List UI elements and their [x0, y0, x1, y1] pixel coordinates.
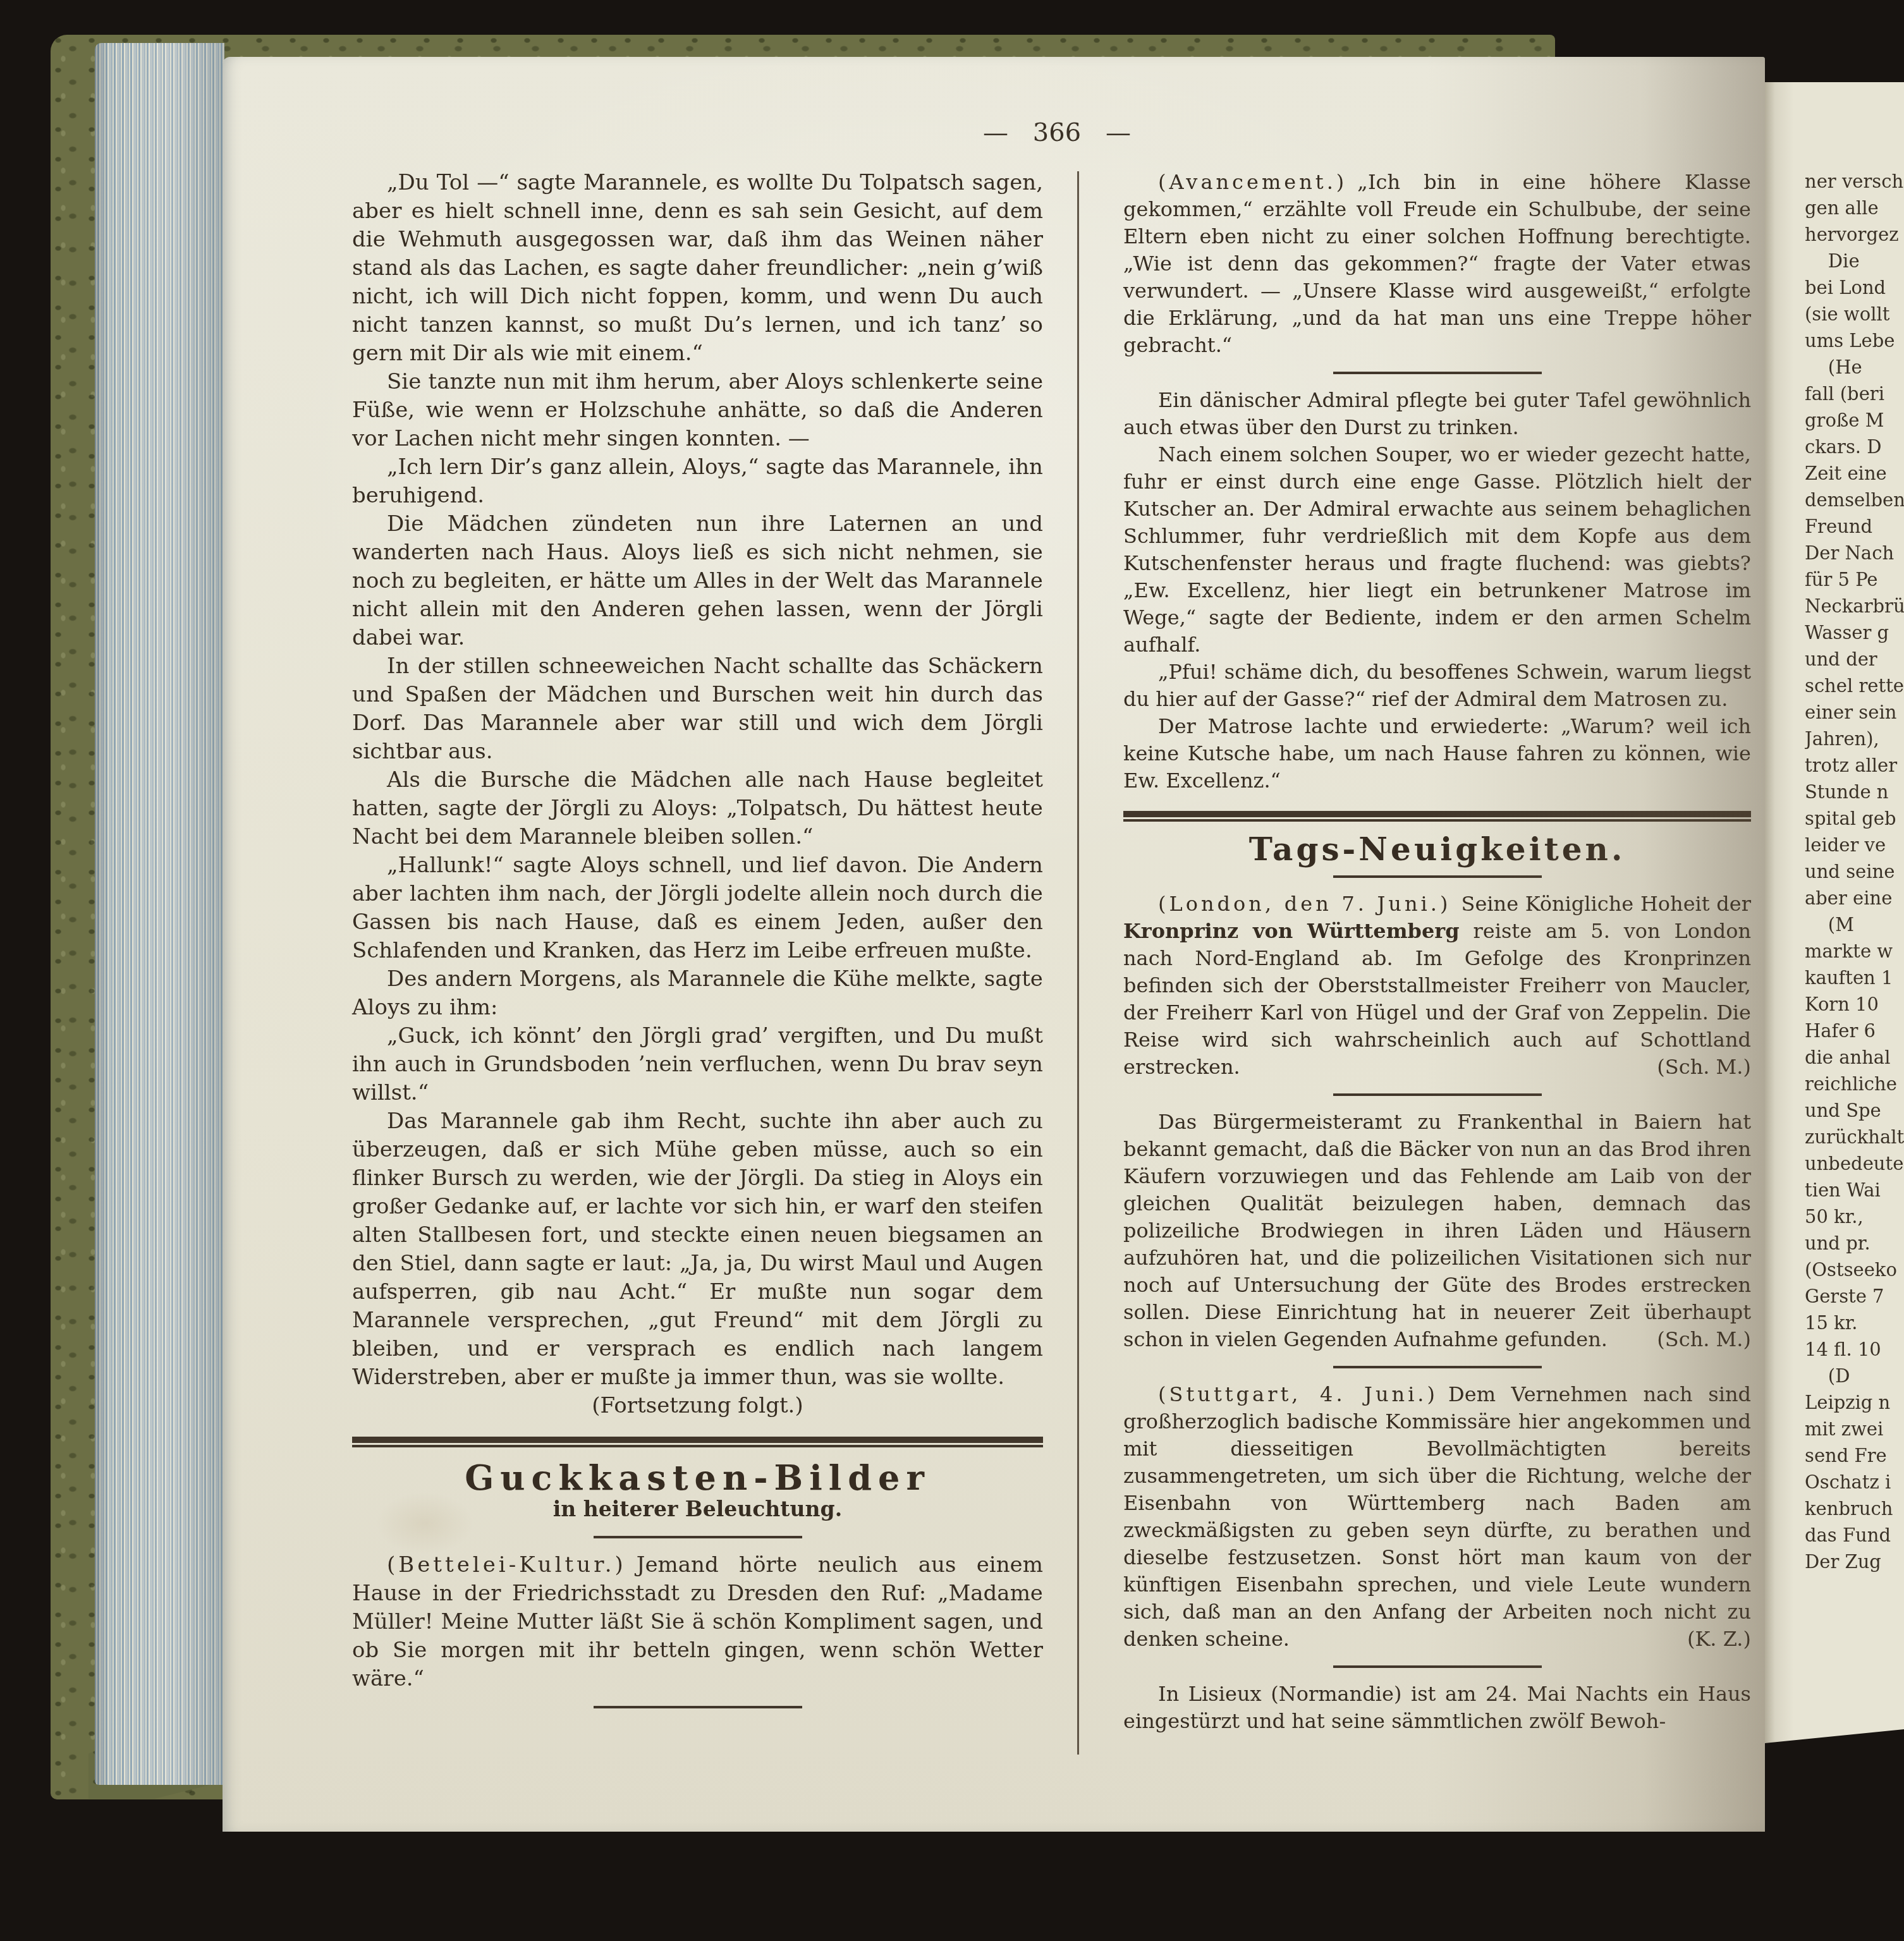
text-line: 50 kr., — [1805, 1203, 1904, 1230]
anecdote-paragraph: Der Matrose lachte und erwiederte: „Waru… — [1123, 713, 1751, 794]
anecdote-lead: (Avancement.) — [1158, 170, 1347, 194]
text-line: gen alle — [1805, 195, 1904, 221]
text-line: ckars. D — [1805, 434, 1904, 460]
text-line: Korn 10 — [1805, 991, 1904, 1018]
text-line: hervorgez — [1805, 221, 1904, 248]
text-line: (M — [1805, 911, 1904, 938]
text-line: (D — [1805, 1363, 1904, 1389]
text-line: (sie wollt — [1805, 301, 1904, 327]
text-line: spital geb — [1805, 805, 1904, 832]
anecdote-text: Ein dänischer Admiral pflegte bei guter … — [1123, 387, 1751, 794]
story-text: „Du Tol —“ sagte Marannele, es wollte Du… — [352, 169, 1043, 1392]
news-item-text: (London, den 7. Juni.)Seine Königliche H… — [1123, 891, 1751, 1081]
news-item: (London, den 7. Juni.)Seine Königliche H… — [1123, 891, 1751, 1096]
text-line: zurückhalt — [1805, 1124, 1904, 1150]
text-line: Die — [1805, 248, 1904, 274]
left-page: — 366 — „Du Tol —“ sagte Marannele, es w… — [223, 57, 1765, 1832]
news-item-attribution: (K. Z.) — [1652, 1626, 1751, 1653]
section-title: Guckkasten-Bilder — [352, 1464, 1043, 1492]
text-line: Wasser g — [1805, 619, 1904, 646]
page-number: — 366 — — [352, 118, 1762, 147]
story-paragraph: Des andern Morgens, als Marannele die Kü… — [352, 965, 1043, 1022]
anecdote-lead: (Bettelei-Kultur.) — [387, 1552, 626, 1578]
news-item-body: In Lisieux (Normandie) ist am 24. Mai Na… — [1123, 1682, 1751, 1733]
text-line: markte w — [1805, 938, 1904, 964]
separator-rule — [1333, 372, 1542, 374]
text-line: kenbruch — [1805, 1495, 1904, 1522]
right-page-text: ner verschgen allehervorgez Diebei Lond(… — [1805, 168, 1904, 1575]
story-paragraph: „Hallunk!“ sagte Aloys schnell, und lief… — [352, 851, 1043, 965]
story-paragraph: Das Marannele gab ihm Recht, suchte ihn … — [352, 1107, 1043, 1392]
text-line: 15 kr. — [1805, 1310, 1904, 1336]
news-item-text: In Lisieux (Normandie) ist am 24. Mai Na… — [1123, 1681, 1751, 1735]
news-item-text: (Stuttgart, 4. Juni.)Dem Vernehmen nach … — [1123, 1381, 1751, 1653]
text-line: aber eine — [1805, 885, 1904, 911]
anecdote-paragraph: „Pfui! schäme dich, du besoffenes Schwei… — [1123, 659, 1751, 713]
news-item-body: Seine Königliche Hoheit der — [1461, 892, 1751, 916]
text-line: Neckarbrü — [1805, 593, 1904, 619]
continuation-note: (Fortsetzung folgt.) — [352, 1392, 1043, 1420]
text-line: demselben — [1805, 487, 1904, 513]
text-line: mit zwei — [1805, 1416, 1904, 1442]
text-line: bei Lond — [1805, 274, 1904, 301]
text-line: trotz aller — [1805, 752, 1904, 779]
news-item: (Stuttgart, 4. Juni.)Dem Vernehmen nach … — [1123, 1381, 1751, 1668]
text-line: und pr. — [1805, 1230, 1904, 1256]
separator-rule — [594, 1706, 802, 1708]
text-line: tien Wai — [1805, 1177, 1904, 1203]
news-item-emphasis: Kronprinz von Württemberg — [1123, 919, 1460, 943]
text-line: und Spe — [1805, 1097, 1904, 1124]
anecdote-body: „Ich bin in eine höhere Klasse gekommen,… — [1123, 170, 1751, 357]
text-line: Jahren), — [1805, 726, 1904, 752]
text-area: — 366 — „Du Tol —“ sagte Marannele, es w… — [352, 111, 1762, 1830]
text-line: Oschatz i — [1805, 1469, 1904, 1495]
right-page: ner verschgen allehervorgez Diebei Lond(… — [1765, 82, 1904, 1743]
news-section-title: Tags-Neuigkeiten. — [1123, 836, 1751, 863]
text-line: 14 fl. 10 — [1805, 1336, 1904, 1363]
story-paragraph: „Guck, ich könnt’ den Jörgli grad’ vergi… — [352, 1022, 1043, 1107]
separator-rule — [1333, 875, 1542, 878]
story-paragraph: „Ich lern Dir’s ganz allein, Aloys,“ sag… — [352, 453, 1043, 510]
double-rule — [1123, 811, 1751, 822]
text-line: Gerste 7 — [1805, 1283, 1904, 1310]
text-line: reichliche — [1805, 1071, 1904, 1097]
separator-rule — [1333, 1665, 1542, 1668]
text-line: kauften 1 — [1805, 964, 1904, 991]
anecdote-paragraph: (Bettelei-Kultur.)Jemand hörte neulich a… — [352, 1551, 1043, 1693]
separator-rule — [1333, 1366, 1542, 1368]
photo-background: — 366 — „Du Tol —“ sagte Marannele, es w… — [0, 0, 1904, 1941]
text-line: Der Nach — [1805, 540, 1904, 566]
page-edges — [95, 43, 224, 1785]
news-item-attribution: (Sch. M.) — [1622, 1054, 1751, 1081]
double-rule — [352, 1437, 1043, 1447]
story-paragraph: Als die Bursche die Mädchen alle nach Ha… — [352, 766, 1043, 851]
anecdote-paragraph: Nach einem solchen Souper, wo er wieder … — [1123, 441, 1751, 659]
left-column: „Du Tol —“ sagte Marannele, es wollte Du… — [352, 169, 1043, 1721]
right-column: (Avancement.)„Ich bin in eine höhere Kla… — [1123, 169, 1751, 1735]
text-line: einer sein — [1805, 699, 1904, 726]
text-line: für 5 Pe — [1805, 566, 1904, 593]
news-item-dateline: (London, den 7. Juni.) — [1158, 892, 1451, 916]
news-item-text: Das Bürgermeisteramt zu Frankenthal in B… — [1123, 1109, 1751, 1353]
story-paragraph: Sie tanzte nun mit ihm herum, aber Aloys… — [352, 368, 1043, 453]
story-paragraph: „Du Tol —“ sagte Marannele, es wollte Du… — [352, 169, 1043, 368]
text-line: und seine — [1805, 858, 1904, 885]
text-line: Hafer 6 — [1805, 1018, 1904, 1044]
text-line: und der — [1805, 646, 1904, 672]
text-line: Freund — [1805, 513, 1904, 540]
anecdote-paragraph: (Avancement.)„Ich bin in eine höhere Kla… — [1123, 169, 1751, 359]
story-paragraph: Die Mädchen zündeten nun ihre Laternen a… — [352, 510, 1043, 652]
separator-rule — [1333, 1093, 1542, 1096]
text-line: die anhal — [1805, 1044, 1904, 1071]
text-line: ums Lebe — [1805, 327, 1904, 354]
text-line: große M — [1805, 407, 1904, 434]
text-line: Der Zug — [1805, 1549, 1904, 1575]
text-line: fall (beri — [1805, 380, 1904, 407]
section-subtitle: in heiterer Beleuchtung. — [352, 1495, 1043, 1523]
text-line: send Fre — [1805, 1442, 1904, 1469]
text-line: leider ve — [1805, 832, 1904, 858]
text-line: unbedeute — [1805, 1150, 1904, 1177]
text-line: Zeit eine — [1805, 460, 1904, 487]
anecdote-paragraph: Ein dänischer Admiral pflegte bei guter … — [1123, 387, 1751, 441]
news-item: In Lisieux (Normandie) ist am 24. Mai Na… — [1123, 1681, 1751, 1735]
text-line: das Fund — [1805, 1522, 1904, 1549]
text-line: schel rette — [1805, 672, 1904, 699]
news-item-body: Das Bürgermeisteramt zu Frankenthal in B… — [1123, 1110, 1751, 1351]
text-line: (He — [1805, 354, 1904, 380]
news-item-dateline: (Stuttgart, 4. Juni.) — [1158, 1382, 1438, 1406]
news-item-body: Dem Vernehmen nach sind großherzoglich b… — [1123, 1382, 1751, 1651]
text-line: Stunde n — [1805, 779, 1904, 805]
separator-rule — [594, 1536, 802, 1538]
text-line: ner versch — [1805, 168, 1904, 195]
news-item-attribution: (Sch. M.) — [1622, 1326, 1751, 1353]
news-item: Das Bürgermeisteramt zu Frankenthal in B… — [1123, 1109, 1751, 1368]
text-line: (Ostseeko — [1805, 1256, 1904, 1283]
column-divider — [1077, 171, 1079, 1755]
story-paragraph: In der stillen schneeweichen Nacht schal… — [352, 652, 1043, 766]
text-line: Leipzig n — [1805, 1389, 1904, 1416]
news-list: (London, den 7. Juni.)Seine Königliche H… — [1123, 891, 1751, 1735]
